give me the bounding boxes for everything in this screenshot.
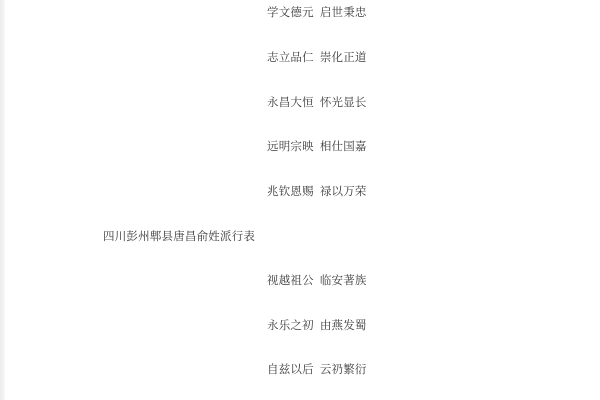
couplet-right: 由燕发蜀 xyxy=(320,318,367,332)
couplet-left: 永乐之初 xyxy=(267,318,314,332)
couplet-left: 兆钦恩赐 xyxy=(267,184,314,198)
couplet-left: 远明宗映 xyxy=(267,139,314,153)
couplet-line-1: 学文德元启世秉忠 xyxy=(267,5,367,19)
couplet-right: 临安著族 xyxy=(320,273,367,287)
couplet-right: 崇化正道 xyxy=(320,50,367,64)
couplet-left: 志立品仁 xyxy=(267,50,314,64)
couplet-right: 禄以万荣 xyxy=(320,184,367,198)
couplet-right: 云礽繁衍 xyxy=(320,362,367,376)
couplet-left: 学文德元 xyxy=(267,5,314,19)
couplet-right: 启世秉忠 xyxy=(320,5,367,19)
couplet-line-2: 志立品仁崇化正道 xyxy=(267,50,367,64)
section-heading: 四川彭州郫县唐昌俞姓派行表 xyxy=(103,229,255,243)
couplet-left: 自兹以后 xyxy=(267,362,314,376)
couplet-line-5: 兆钦恩赐禄以万荣 xyxy=(267,184,367,198)
couplet-line-6: 视越祖公临安著族 xyxy=(267,273,367,287)
couplet-line-3: 永昌大恒怀光显长 xyxy=(267,95,367,109)
couplet-line-7: 永乐之初由燕发蜀 xyxy=(267,318,367,332)
couplet-left: 视越祖公 xyxy=(267,273,314,287)
couplet-right: 怀光显长 xyxy=(320,95,367,109)
couplet-left: 永昌大恒 xyxy=(267,95,314,109)
couplet-right: 相仕国嘉 xyxy=(320,139,367,153)
document-body: 学文德元启世秉忠 志立品仁崇化正道 永昌大恒怀光显长 远明宗映相仕国嘉 兆钦恩赐… xyxy=(0,0,600,400)
couplet-line-4: 远明宗映相仕国嘉 xyxy=(267,139,367,153)
couplet-line-8: 自兹以后云礽繁衍 xyxy=(267,362,367,376)
